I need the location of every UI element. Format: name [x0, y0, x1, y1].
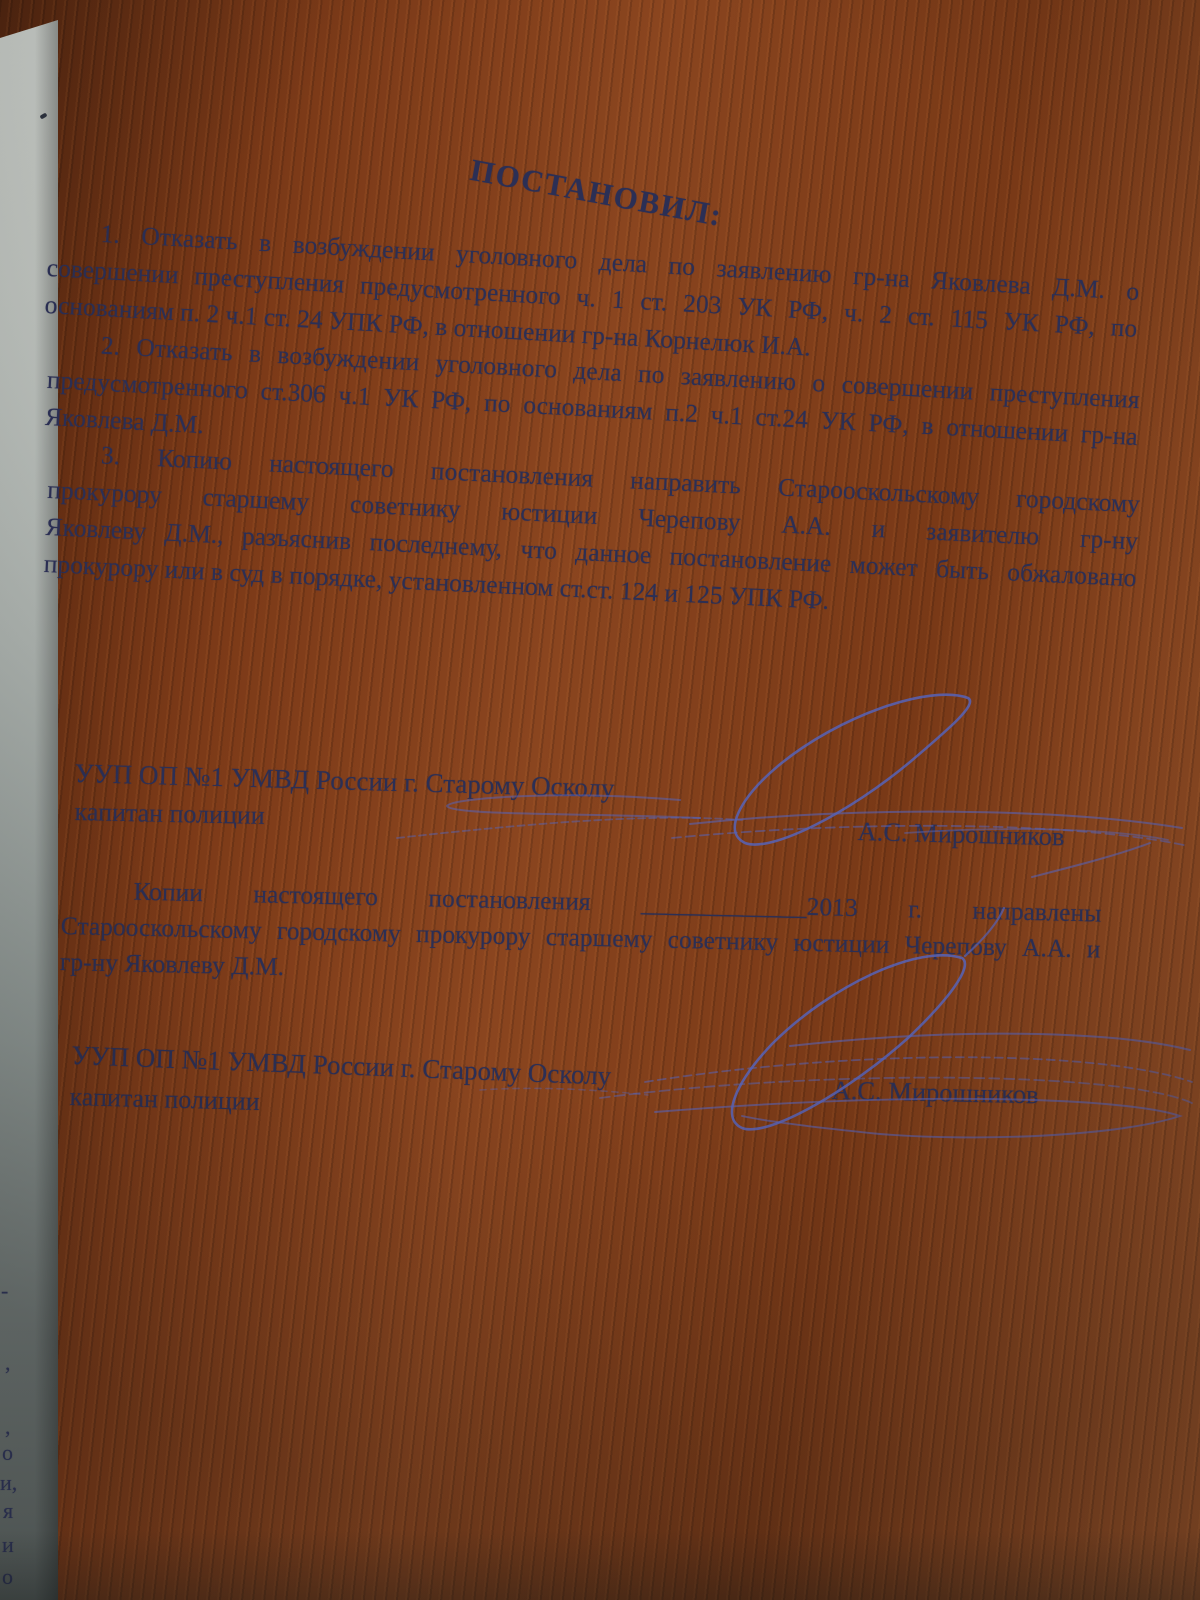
signatures-layer — [0, 0, 1200, 1600]
document-photo: { "colors": { "ink": "#2b2f55", "signatu… — [0, 0, 1200, 1600]
signature-bottom — [480, 908, 1194, 1137]
signature-top — [397, 695, 1188, 877]
